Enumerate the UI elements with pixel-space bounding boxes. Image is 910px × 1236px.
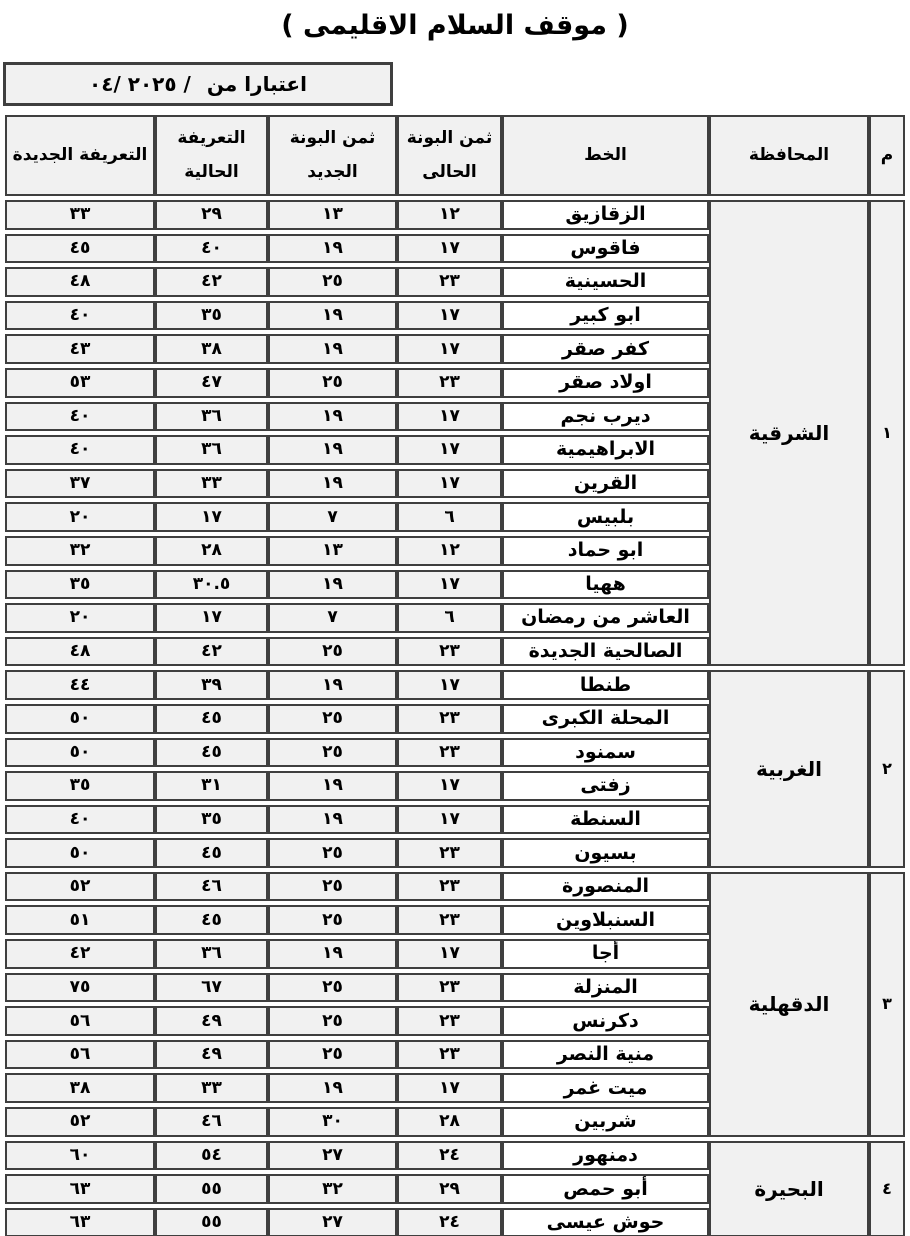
value-cell-current_coupon: ٢٣	[397, 267, 502, 297]
value-cell-new_coupon: ١٩	[268, 234, 397, 264]
col-header-new_coupon: ثمن البونةالجديد	[268, 115, 397, 196]
index-cell: ٤	[869, 1141, 905, 1236]
line-cell: المحلة الكبرى	[502, 704, 709, 734]
value-cell-new_coupon: ١٩	[268, 805, 397, 835]
col-header-label: الخط	[584, 147, 627, 164]
index-cell: ١	[869, 200, 905, 666]
line-cell: دكرنس	[502, 1006, 709, 1036]
value-cell-current_coupon: ٢٣	[397, 704, 502, 734]
line-cell: الصالحية الجديدة	[502, 637, 709, 667]
value-cell-current_coupon: ١٧	[397, 805, 502, 835]
value-cell-current_coupon: ١٧	[397, 301, 502, 331]
value-cell-current_tariff: ٤٠	[155, 234, 268, 264]
value-cell-current_tariff: ٢٩	[155, 200, 268, 230]
value-cell-new_tariff: ٧٥	[5, 973, 155, 1003]
line-cell: دمنهور	[502, 1141, 709, 1171]
value-cell-new_tariff: ٥٦	[5, 1006, 155, 1036]
value-cell-current_coupon: ١٧	[397, 670, 502, 700]
line-cell: شربين	[502, 1107, 709, 1137]
value-cell-new_coupon: ١٩	[268, 1073, 397, 1103]
value-cell-current_coupon: ١٧	[397, 435, 502, 465]
value-cell-current_tariff: ٤٥	[155, 905, 268, 935]
col-header-label-line2: الجديد	[307, 164, 358, 181]
value-cell-new_coupon: ١٣	[268, 536, 397, 566]
value-cell-current_tariff: ٥٥	[155, 1208, 268, 1236]
value-cell-current_coupon: ٢٣	[397, 973, 502, 1003]
value-cell-current_tariff: ٤٢	[155, 267, 268, 297]
value-cell-current_tariff: ٣٩	[155, 670, 268, 700]
value-cell-new_coupon: ١٩	[268, 670, 397, 700]
value-cell-new_coupon: ٢٥	[268, 872, 397, 902]
value-cell-new_tariff: ٥٠	[5, 738, 155, 768]
value-cell-current_tariff: ٣٣	[155, 1073, 268, 1103]
value-cell-new_coupon: ٣٠	[268, 1107, 397, 1137]
col-header-label: ثمن البونة	[407, 130, 493, 147]
line-cell: ابو حماد	[502, 536, 709, 566]
value-cell-new_tariff: ٢٠	[5, 502, 155, 532]
col-header-new_tariff: التعريفة الجديدة	[5, 115, 155, 196]
col-header-current_coupon: ثمن البونةالحالى	[397, 115, 502, 196]
line-cell: منية النصر	[502, 1040, 709, 1070]
value-cell-current_coupon: ٢٨	[397, 1107, 502, 1137]
governorate-cell: البحيرة	[709, 1141, 869, 1236]
line-cell: السنبلاوين	[502, 905, 709, 935]
value-cell-current_tariff: ٦٧	[155, 973, 268, 1003]
value-cell-new_coupon: ١٩	[268, 301, 397, 331]
col-header-governorate: المحافظة	[709, 115, 869, 196]
value-cell-current_tariff: ٣١	[155, 771, 268, 801]
line-cell: الزقازيق	[502, 200, 709, 230]
effective-date-value: ٢٠٢٥ /٠٤ /	[89, 72, 191, 96]
line-cell: السنطة	[502, 805, 709, 835]
governorate-cell: الدقهلية	[709, 872, 869, 1137]
value-cell-current_coupon: ٢٣	[397, 905, 502, 935]
value-cell-current_tariff: ٤٥	[155, 738, 268, 768]
value-cell-current_coupon: ١٧	[397, 234, 502, 264]
col-header-line: الخط	[502, 115, 709, 196]
value-cell-current_coupon: ٢٩	[397, 1174, 502, 1204]
value-cell-new_coupon: ٢٥	[268, 1006, 397, 1036]
line-cell: ابو كبير	[502, 301, 709, 331]
line-cell: المنصورة	[502, 872, 709, 902]
value-cell-current_tariff: ٤٩	[155, 1040, 268, 1070]
value-cell-new_tariff: ٥١	[5, 905, 155, 935]
value-cell-new_tariff: ٤٢	[5, 939, 155, 969]
col-header-label: التعريفة	[177, 130, 245, 147]
value-cell-new_coupon: ٢٧	[268, 1208, 397, 1236]
value-cell-current_coupon: ١٧	[397, 402, 502, 432]
line-cell: الحسينية	[502, 267, 709, 297]
line-cell: زفتى	[502, 771, 709, 801]
value-cell-new_tariff: ٤٨	[5, 267, 155, 297]
value-cell-current_tariff: ٣٠.٥	[155, 570, 268, 600]
page-title: ( موقف السلام الاقليمى )	[0, 10, 910, 41]
value-cell-new_tariff: ٤٤	[5, 670, 155, 700]
value-cell-current_coupon: ١٧	[397, 469, 502, 499]
value-cell-new_coupon: ١٩	[268, 469, 397, 499]
col-header-label: م	[881, 147, 893, 164]
value-cell-current_tariff: ٤٩	[155, 1006, 268, 1036]
value-cell-new_coupon: ٢٥	[268, 368, 397, 398]
value-cell-current_coupon: ١٧	[397, 771, 502, 801]
value-cell-new_tariff: ٤٨	[5, 637, 155, 667]
value-cell-new_coupon: ٧	[268, 603, 397, 633]
value-cell-current_coupon: ٢٣	[397, 637, 502, 667]
line-cell: طنطا	[502, 670, 709, 700]
line-cell: بلبيس	[502, 502, 709, 532]
value-cell-current_coupon: ٢٣	[397, 872, 502, 902]
value-cell-new_tariff: ٣٥	[5, 570, 155, 600]
value-cell-new_coupon: ٧	[268, 502, 397, 532]
col-header-label-line2: الحالى	[422, 164, 476, 181]
value-cell-current_coupon: ٢٣	[397, 738, 502, 768]
value-cell-new_coupon: ٢٥	[268, 267, 397, 297]
value-cell-new_coupon: ٣٢	[268, 1174, 397, 1204]
value-cell-current_tariff: ٣٦	[155, 939, 268, 969]
value-cell-current_coupon: ١٧	[397, 570, 502, 600]
line-cell: بسيون	[502, 838, 709, 868]
governorate-cell: الغربية	[709, 670, 869, 868]
value-cell-new_coupon: ١٩	[268, 771, 397, 801]
line-cell: كفر صقر	[502, 334, 709, 364]
fare-table: مالمحافظةالخطثمن البونةالحالىثمن البونةا…	[5, 115, 905, 1236]
value-cell-new_tariff: ٥٠	[5, 704, 155, 734]
value-cell-new_coupon: ١٩	[268, 570, 397, 600]
value-cell-current_tariff: ٤٦	[155, 872, 268, 902]
value-cell-current_tariff: ٤٧	[155, 368, 268, 398]
value-cell-new_tariff: ٥٢	[5, 1107, 155, 1137]
line-cell: اولاد صقر	[502, 368, 709, 398]
value-cell-new_tariff: ٤٥	[5, 234, 155, 264]
effective-date-box: ٢٠٢٥ /٠٤ / اعتبارا من	[3, 62, 393, 106]
value-cell-current_tariff: ٣٦	[155, 402, 268, 432]
value-cell-new_tariff: ٤٠	[5, 402, 155, 432]
value-cell-new_tariff: ٤٠	[5, 301, 155, 331]
line-cell: ديرب نجم	[502, 402, 709, 432]
value-cell-new_tariff: ٢٠	[5, 603, 155, 633]
value-cell-new_tariff: ٤٠	[5, 435, 155, 465]
value-cell-current_coupon: ٢٤	[397, 1208, 502, 1236]
value-cell-current_tariff: ١٧	[155, 603, 268, 633]
value-cell-current_tariff: ٤٥	[155, 704, 268, 734]
value-cell-new_coupon: ٢٥	[268, 704, 397, 734]
value-cell-new_coupon: ٢٥	[268, 905, 397, 935]
value-cell-current_coupon: ٢٤	[397, 1141, 502, 1171]
value-cell-current_tariff: ٥٤	[155, 1141, 268, 1171]
value-cell-new_coupon: ١٩	[268, 939, 397, 969]
value-cell-new_tariff: ٣٥	[5, 771, 155, 801]
value-cell-new_tariff: ٦٣	[5, 1208, 155, 1236]
value-cell-new_tariff: ٤٣	[5, 334, 155, 364]
value-cell-new_coupon: ٢٥	[268, 973, 397, 1003]
value-cell-current_coupon: ١٧	[397, 1073, 502, 1103]
document-page: ( موقف السلام الاقليمى ) ٢٠٢٥ /٠٤ / اعتب…	[0, 0, 910, 1236]
value-cell-new_coupon: ٢٥	[268, 738, 397, 768]
line-cell: أبو حمص	[502, 1174, 709, 1204]
value-cell-current_tariff: ٥٥	[155, 1174, 268, 1204]
line-cell: الابراهيمية	[502, 435, 709, 465]
value-cell-new_tariff: ٤٠	[5, 805, 155, 835]
line-cell: فاقوس	[502, 234, 709, 264]
line-cell: ميت غمر	[502, 1073, 709, 1103]
value-cell-current_coupon: ١٧	[397, 334, 502, 364]
value-cell-new_coupon: ٢٥	[268, 1040, 397, 1070]
value-cell-current_coupon: ٢٣	[397, 1006, 502, 1036]
value-cell-new_tariff: ٥٠	[5, 838, 155, 868]
value-cell-new_coupon: ٢٧	[268, 1141, 397, 1171]
value-cell-current_tariff: ٣٥	[155, 805, 268, 835]
value-cell-new_tariff: ٥٣	[5, 368, 155, 398]
line-cell: حوش عيسى	[502, 1208, 709, 1236]
value-cell-new_tariff: ٥٦	[5, 1040, 155, 1070]
value-cell-current_tariff: ٣٦	[155, 435, 268, 465]
line-cell: العاشر من رمضان	[502, 603, 709, 633]
index-cell: ٢	[869, 670, 905, 868]
value-cell-new_coupon: ١٩	[268, 435, 397, 465]
value-cell-new_tariff: ٣٧	[5, 469, 155, 499]
line-cell: سمنود	[502, 738, 709, 768]
value-cell-current_tariff: ٣٥	[155, 301, 268, 331]
value-cell-current_coupon: ٦	[397, 603, 502, 633]
value-cell-current_tariff: ١٧	[155, 502, 268, 532]
index-cell: ٣	[869, 872, 905, 1137]
value-cell-current_coupon: ١٢	[397, 536, 502, 566]
col-header-label-line2: الحالية	[184, 164, 238, 181]
value-cell-current_coupon: ٢٣	[397, 1040, 502, 1070]
value-cell-current_coupon: ٦	[397, 502, 502, 532]
line-cell: أجا	[502, 939, 709, 969]
col-header-index: م	[869, 115, 905, 196]
value-cell-current_tariff: ٢٨	[155, 536, 268, 566]
col-header-label: المحافظة	[749, 147, 829, 164]
value-cell-new_coupon: ٢٥	[268, 637, 397, 667]
value-cell-current_tariff: ٣٣	[155, 469, 268, 499]
value-cell-current_coupon: ٢٣	[397, 838, 502, 868]
effective-date-label: اعتبارا من	[207, 72, 307, 96]
col-header-label: ثمن البونة	[290, 130, 376, 147]
value-cell-new_tariff: ٦٠	[5, 1141, 155, 1171]
value-cell-current_tariff: ٣٨	[155, 334, 268, 364]
line-cell: ههيا	[502, 570, 709, 600]
value-cell-new_coupon: ١٣	[268, 200, 397, 230]
value-cell-new_tariff: ٣٢	[5, 536, 155, 566]
line-cell: المنزلة	[502, 973, 709, 1003]
line-cell: القرين	[502, 469, 709, 499]
col-header-current_tariff: التعريفةالحالية	[155, 115, 268, 196]
value-cell-current_tariff: ٤٦	[155, 1107, 268, 1137]
value-cell-new_coupon: ١٩	[268, 402, 397, 432]
value-cell-current_tariff: ٤٥	[155, 838, 268, 868]
value-cell-new_tariff: ٦٣	[5, 1174, 155, 1204]
governorate-cell: الشرقية	[709, 200, 869, 666]
value-cell-new_tariff: ٣٣	[5, 200, 155, 230]
value-cell-new_tariff: ٣٨	[5, 1073, 155, 1103]
col-header-label: التعريفة الجديدة	[13, 147, 148, 164]
value-cell-new_coupon: ١٩	[268, 334, 397, 364]
value-cell-current_coupon: ١٧	[397, 939, 502, 969]
value-cell-current_tariff: ٤٢	[155, 637, 268, 667]
value-cell-new_tariff: ٥٢	[5, 872, 155, 902]
value-cell-current_coupon: ١٢	[397, 200, 502, 230]
value-cell-current_coupon: ٢٣	[397, 368, 502, 398]
value-cell-new_coupon: ٢٥	[268, 838, 397, 868]
